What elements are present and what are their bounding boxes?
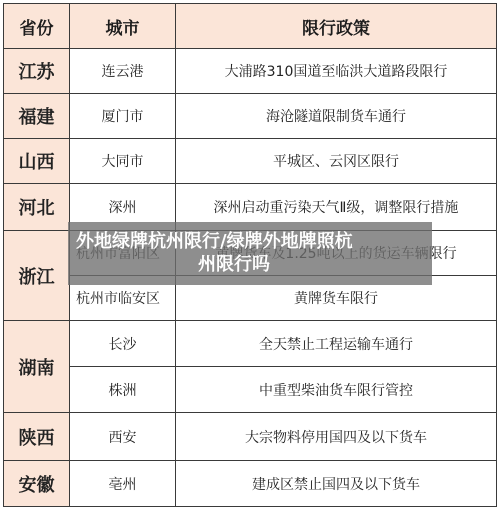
table-row: 福建 厦门市 海沧隧道限制货车通行	[4, 94, 497, 139]
header-city: 城市	[70, 4, 176, 49]
province-cell: 山西	[4, 139, 70, 184]
table-row: 安徽 亳州 建成区禁止国四及以下货车	[4, 461, 497, 507]
header-policy: 限行政策	[176, 4, 497, 49]
title-overlay-banner: 外地绿牌杭州限行/绿牌外地牌照杭 州限行吗	[68, 222, 432, 285]
table-row: 山西 大同市 平城区、云冈区限行	[4, 139, 497, 184]
policy-cell: 大浦路310国道至临洪大道路段限行	[176, 49, 497, 94]
province-cell: 福建	[4, 94, 70, 139]
policy-cell: 全天禁止工程运输车通行	[176, 321, 497, 367]
province-cell: 陕西	[4, 413, 70, 461]
table-row: 株洲 中重型柴油货车限行管控	[4, 367, 497, 413]
province-cell: 江苏	[4, 49, 70, 94]
policy-cell: 大宗物料停用国四及以下货车	[176, 413, 497, 461]
policy-cell: 中重型柴油货车限行管控	[176, 367, 497, 413]
city-cell: 连云港	[70, 49, 176, 94]
overlay-title-line2: 州限行吗	[68, 253, 432, 276]
province-cell: 湖南	[4, 321, 70, 413]
city-cell: 长沙	[70, 321, 176, 367]
table-header-row: 省份 城市 限行政策	[4, 4, 497, 49]
overlay-title-line1: 外地绿牌杭州限行/绿牌外地牌照杭	[68, 230, 432, 253]
table-row: 湖南 长沙 全天禁止工程运输车通行	[4, 321, 497, 367]
policy-cell: 建成区禁止国四及以下货车	[176, 461, 497, 507]
policy-cell: 海沧隧道限制货车通行	[176, 94, 497, 139]
header-province: 省份	[4, 4, 70, 49]
policy-cell: 平城区、云冈区限行	[176, 139, 497, 184]
table-row: 陕西 西安 大宗物料停用国四及以下货车	[4, 413, 497, 461]
province-cell: 安徽	[4, 461, 70, 507]
city-cell: 西安	[70, 413, 176, 461]
city-cell: 亳州	[70, 461, 176, 507]
province-cell: 浙江	[4, 231, 70, 321]
table-row: 江苏 连云港 大浦路310国道至临洪大道路段限行	[4, 49, 497, 94]
city-cell: 大同市	[70, 139, 176, 184]
city-cell: 厦门市	[70, 94, 176, 139]
city-cell: 株洲	[70, 367, 176, 413]
province-cell: 河北	[4, 184, 70, 231]
